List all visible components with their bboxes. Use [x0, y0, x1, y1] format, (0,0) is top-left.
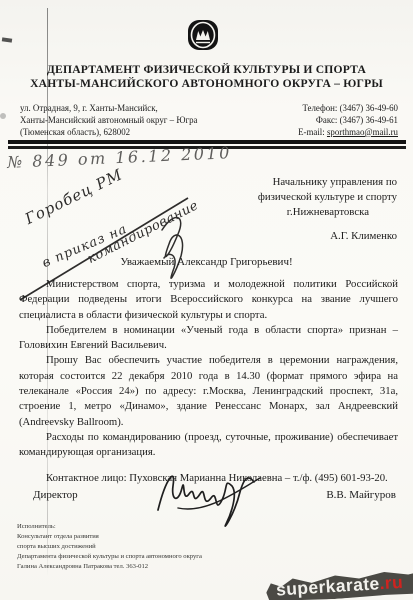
- watermark-banner: superkarate.ru: [265, 568, 413, 600]
- paragraph: Расходы по командированию (проезд, суточ…: [19, 430, 398, 461]
- fax-line: Факс: (3467) 36-49-61: [298, 115, 398, 127]
- organization-title-line2: ХАНТЫ-МАНСИЙСКОГО АВТОНОМНОГО ОКРУГА – Ю…: [0, 77, 413, 91]
- email-line: E-mail: sporthmao@mail.ru: [298, 127, 398, 139]
- recipient-block: Начальнику управления по физической куль…: [258, 175, 397, 244]
- paragraph: Прошу Вас обеспечить участие победителя …: [19, 353, 398, 429]
- letter-body: Министерством спорта, туризма и молодежн…: [19, 277, 398, 486]
- recipient-name: А.Г. Клименко: [258, 229, 397, 244]
- organization-title: ДЕПАРТАМЕНТ ФИЗИЧЕСКОЙ КУЛЬТУРЫ И СПОРТА…: [0, 63, 413, 91]
- executor-block: Исполнитель: Консультант отдела развития…: [17, 522, 202, 572]
- executor-line: Исполнитель:: [17, 522, 202, 532]
- paragraph: Победителем в номинации «Ученый года в о…: [19, 323, 398, 354]
- executor-line: Галина Александровна Патракова тел. 363-…: [17, 562, 202, 572]
- scan-speck: [0, 113, 6, 119]
- recipient-line: физической культуре и спорту: [258, 190, 397, 205]
- contacts-block: Телефон: (3467) 36-49-60 Факс: (3467) 36…: [298, 103, 398, 139]
- address-line: Ханты-Мансийский автономный округ – Югра: [20, 115, 197, 127]
- executor-line: Департамента физической культуры и спорт…: [17, 552, 202, 562]
- signer-position: Директор: [33, 489, 78, 501]
- salutation: Уважаемый Александр Григорьевич!: [0, 256, 413, 268]
- paragraph: Министерством спорта, туризма и молодежн…: [19, 277, 398, 323]
- watermark-domain-suffix: .ru: [379, 572, 404, 593]
- email-label: E-mail:: [298, 127, 327, 137]
- coat-of-arms-icon: [184, 16, 222, 54]
- organization-title-line1: ДЕПАРТАМЕНТ ФИЗИЧЕСКОЙ КУЛЬТУРЫ И СПОРТА: [0, 63, 413, 77]
- phone-line: Телефон: (3467) 36-49-60: [298, 103, 398, 115]
- executor-line: спорта высших достижений: [17, 542, 202, 552]
- address-line: ул. Отрадная, 9, г. Ханты-Мансийск,: [20, 103, 197, 115]
- address-block: ул. Отрадная, 9, г. Ханты-Мансийск, Хант…: [20, 103, 197, 139]
- recipient-city: г.Нижневартовска: [258, 205, 397, 220]
- address-line: (Тюменская область), 628002: [20, 127, 197, 139]
- email-address: sporthmao@mail.ru: [327, 127, 398, 137]
- executor-line: Консультант отдела развития: [17, 532, 202, 542]
- recipient-line: Начальнику управления по: [258, 175, 397, 190]
- signature-scribble-icon: [148, 458, 268, 530]
- scanned-letter-page: ДЕПАРТАМЕНТ ФИЗИЧЕСКОЙ КУЛЬТУРЫ И СПОРТА…: [0, 0, 413, 600]
- scan-speck: [2, 37, 12, 42]
- watermark-site-name: superkarate: [275, 573, 380, 599]
- signer-name: В.В. Майгуров: [326, 489, 396, 501]
- watermark-text: superkarate.ru: [275, 572, 403, 600]
